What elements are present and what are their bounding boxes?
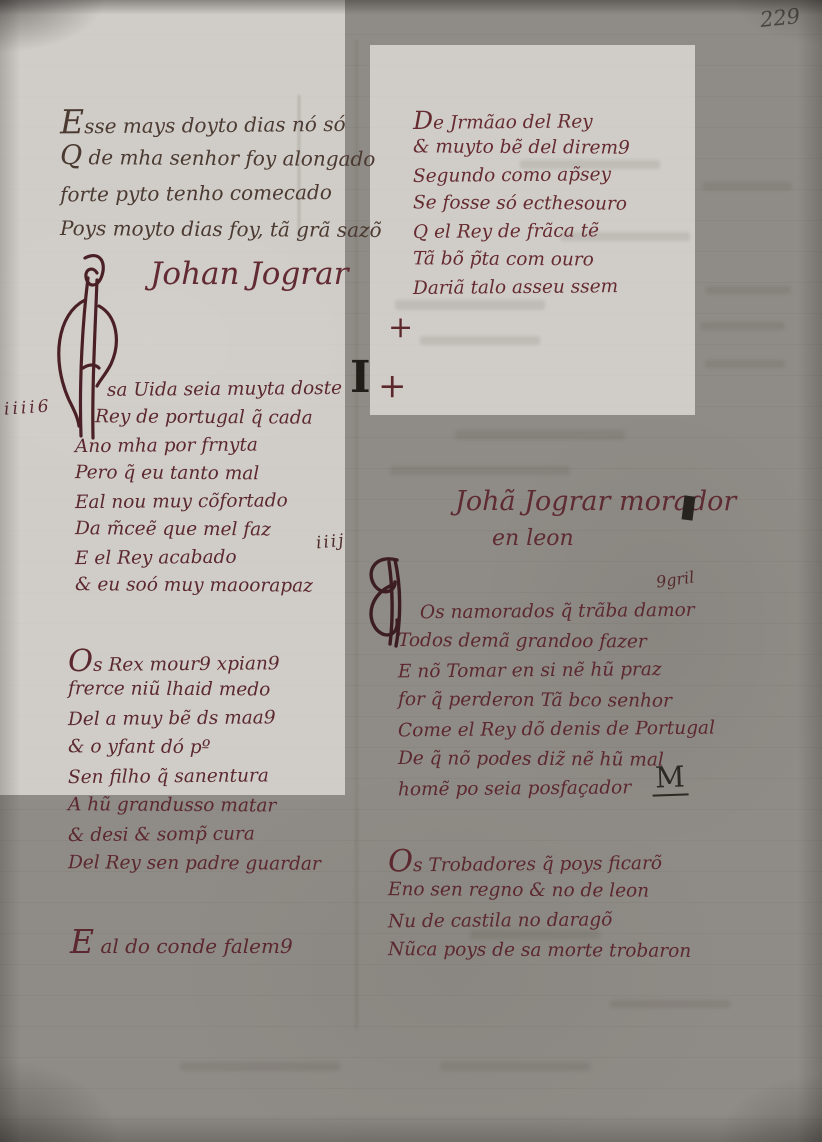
verse-line: Sen filho q̃ sanentura	[68, 761, 321, 792]
bar-mark: I	[350, 352, 371, 403]
right-stanza-1: De Jrmãao del Rey & muyto bẽ del direm9 …	[413, 106, 630, 302]
verse-line: Segundo como ap̃sey	[413, 161, 630, 191]
verse-line: Nũca poys de sa morte trobaron	[388, 935, 691, 967]
verse-line: Os Trobadores q̃ poys ficarõ	[388, 845, 691, 878]
verse-line: Dariã talo asseu ssem	[413, 273, 630, 303]
verse-line: Poys moyto dias foy, tã grã sazõ	[60, 210, 382, 248]
verse-line: Os namorados q̃ trãba damor	[398, 596, 715, 628]
bleed-through-smudge	[705, 360, 785, 368]
left-stanza-3: Os Rex mour9 xpian9 frerce niũ lhaid med…	[68, 646, 321, 878]
verse-line: & desi & somp̃ cura	[68, 819, 321, 850]
verse-line: E el Rey acabado	[75, 543, 342, 573]
verse-line: & eu soó muy maoorapaz	[75, 571, 342, 601]
verse-line: sa Uida seia muyta doste	[75, 375, 342, 405]
verse-line: A hũ grandusso matar	[68, 790, 321, 821]
bleed-through-smudge	[455, 430, 625, 440]
verse-line: & muyto bẽ del direm9	[413, 133, 630, 162]
verse-line: Q el Rey de frãca tẽ	[413, 217, 630, 247]
verse-line: Pero q̃ eu tanto mal	[75, 459, 342, 489]
poem-heading-left: Johan Jograr	[150, 256, 348, 292]
right-stanza-3: Os Trobadores q̃ poys ficarõ Eno sen reg…	[388, 846, 691, 966]
verse-line: Da m̃ceẽ que mel faz	[75, 515, 342, 545]
bleed-through-smudge	[706, 286, 791, 294]
verse-line: Os Rex mour9 xpian9	[68, 645, 321, 676]
verse-line: Q de mha senhor foy alongado	[60, 138, 382, 176]
bleed-through-smudge	[440, 1062, 590, 1071]
verse-line: for q̃ perderon Tã bco senhor	[398, 685, 715, 716]
verse-line: Ano mha por frnyta	[75, 431, 342, 461]
verse-line: Todos demã grandoo fazer	[398, 626, 715, 657]
poem-heading-right-line2: en leon	[492, 526, 574, 551]
verse-line: De Jrmãao del Rey	[413, 105, 630, 135]
bleed-through-smudge	[702, 182, 792, 190]
verse-line: Rey de portugal q̃ cada	[75, 403, 342, 433]
verse-line: Eno sen regno & no de leon	[388, 875, 691, 907]
plus-mark: +	[378, 366, 407, 406]
left-stanza-1: Esse mays doyto dias nó só Q de mha senh…	[60, 103, 382, 247]
margin-numeral-left: iiii6	[3, 396, 52, 419]
verse-line: Del a muy bẽ ds maa9	[68, 703, 321, 734]
manuscript-page: 229 Esse mays doyto dias nó só Q de mha …	[0, 0, 822, 1142]
verse-line: E nõ Tomar en si nẽ hũ praz	[398, 655, 715, 687]
bleed-through-smudge	[390, 466, 570, 475]
bleed-through-smudge	[700, 322, 785, 330]
left-stanza-2: sa Uida seia muyta doste Rey de portugal…	[75, 376, 342, 600]
bleed-through-smudge	[180, 1062, 340, 1071]
verse-line: & o yfant dó pº	[68, 732, 321, 763]
verse-line: Come el Rey dõ denis de Portugal	[398, 714, 715, 746]
verse-line: Se fosse só ecthesouro	[413, 189, 630, 218]
folio-number: 229	[759, 4, 801, 32]
bleed-through-smudge	[610, 1000, 730, 1008]
left-closing-line: E al do conde falem9	[70, 922, 293, 961]
bleed-through-smudge	[420, 336, 540, 345]
verse-line: forte pyto tenho comecado	[60, 174, 382, 213]
verse-line: Eal nou muy cõfortado	[75, 487, 342, 517]
margin-numeral-mid: iiij	[315, 531, 347, 554]
verse-line: Del Rey sen padre guardar	[68, 848, 321, 879]
plus-mark: +	[388, 310, 413, 345]
verse-line: Tã bõ p̃ta com ouro	[413, 245, 630, 274]
verse-line: frerce niũ lhaid medo	[68, 674, 321, 705]
verse-line: Esse mays doyto dias nó só	[60, 102, 382, 141]
verse-line: Nu de castila no daragõ	[388, 905, 691, 938]
margin-m-mark: M	[651, 759, 688, 796]
